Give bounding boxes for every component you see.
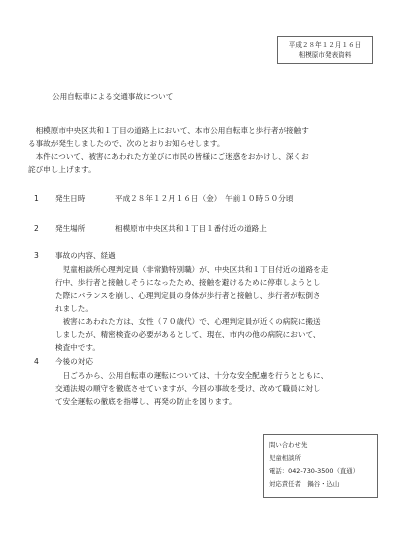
body-line: 児童相談所心理判定員（非常勤特別職）が、中央区共和１丁目付近の道路を走 — [55, 263, 328, 276]
section-value: 相模原市中央区共和１丁目１番付近の道路上 — [115, 224, 267, 233]
intro-line: 本件について、被害にあわれた方並びに市民の皆様にご迷惑をおかけし、深くお — [28, 150, 378, 163]
contact-heading: 問い合わせ先 — [269, 439, 372, 452]
contact-box: 問い合わせ先 児童相談所 電話：042-730-3500（直通） 対応責任者 鍋… — [263, 434, 378, 498]
body-line: た際にバランスを崩し、心理判定員の身体が歩行者と接触し、歩行者が転倒さ — [55, 289, 328, 302]
issuer: 相模原市発表資料 — [278, 50, 372, 60]
contact-persons: 対応責任者 鍋谷・込山 — [269, 478, 372, 491]
intro-line: 詫び申し上げます。 — [28, 163, 378, 176]
section-value: 平成２８年１２月１６日（金） 午前１０時５０分頃 — [115, 194, 293, 203]
section-occurrence-place: 2発生場所相模原市中央区共和１丁目１番付近の道路上 — [34, 223, 267, 234]
section-label: 発生日時 — [55, 193, 115, 204]
body-line: 行中、歩行者と接触しそうになったため、接触を避けるために停車しようとし — [55, 276, 328, 289]
section-incident-details: 3事故の内容、経過 — [34, 250, 116, 261]
section-future-response: 4今後の対応 — [34, 356, 93, 367]
intro-line: る事故が発生しましたので、次のとおりお知らせします。 — [28, 137, 378, 150]
document-title: 公用自転車による交通事故について — [52, 91, 173, 102]
contact-phone: 電話：042-730-3500（直通） — [269, 465, 372, 478]
date-issuer-box: 平成２８年１２月１６日 相模原市発表資料 — [277, 36, 373, 64]
section-number: 2 — [34, 224, 55, 233]
contact-office: 児童相談所 — [269, 452, 372, 465]
section-number: 3 — [34, 251, 55, 260]
intro-paragraph: 相模原市中央区共和１丁目の道路上において、本市公用自転車と歩行者が接触す る事故… — [28, 124, 378, 176]
section-occurrence-datetime: 1発生日時平成２８年１２月１６日（金） 午前１０時５０分頃 — [34, 193, 293, 204]
body-line: しましたが、精密検査の必要があるとして、現在、市内の他の病院において、 — [55, 328, 328, 341]
incident-details-body: 児童相談所心理判定員（非常勤特別職）が、中央区共和１丁目付近の道路を走 行中、歩… — [55, 263, 328, 354]
body-line: 検査中です。 — [55, 341, 328, 354]
release-date: 平成２８年１２月１６日 — [278, 40, 372, 50]
section-label: 今後の対応 — [55, 357, 93, 366]
section-number: 1 — [34, 194, 55, 203]
intro-line: 相模原市中央区共和１丁目の道路上において、本市公用自転車と歩行者が接触す — [28, 124, 378, 137]
body-line: れました。 — [55, 302, 328, 315]
body-line: 日ごろから、公用自転車の運転については、十分な安全配慮を行うとともに、 — [55, 369, 328, 382]
section-label: 事故の内容、経過 — [55, 251, 116, 260]
body-line: 被害にあわれた方は、女性（７０歳代）で、心理判定員が近くの病院に搬送 — [55, 315, 328, 328]
section-label: 発生場所 — [55, 223, 115, 234]
body-line: て安全運転の徹底を指導し、再発の防止を図ります。 — [55, 395, 328, 408]
section-number: 4 — [34, 357, 55, 366]
body-line: 交通法規の順守を徹底させていますが、今回の事故を受け、改めて職員に対し — [55, 382, 328, 395]
future-response-body: 日ごろから、公用自転車の運転については、十分な安全配慮を行うとともに、 交通法規… — [55, 369, 328, 408]
document-page: 平成２８年１２月１６日 相模原市発表資料 公用自転車による交通事故について 相模… — [0, 0, 400, 550]
